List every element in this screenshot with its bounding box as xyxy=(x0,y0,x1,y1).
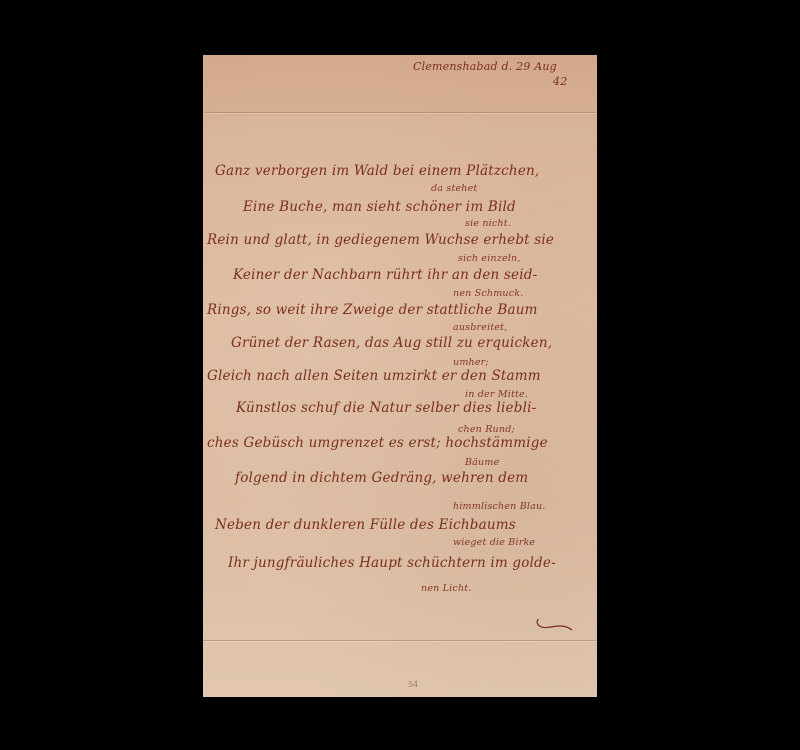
insert-11: wieget die Birke xyxy=(453,537,535,548)
insert-8: chen Rund; xyxy=(458,424,515,435)
line-4: Keiner der Nachbarn rührt ihr an den sei… xyxy=(233,267,537,283)
insert-9: Bäume xyxy=(465,457,499,468)
year: 42 xyxy=(553,75,567,88)
line-8: Künstlos schuf die Natur selber dies lie… xyxy=(236,400,536,416)
line-6: Grünet der Rasen, das Aug still zu erqui… xyxy=(231,335,552,351)
insert-1: da stehet xyxy=(431,183,477,194)
insert-2: sie nicht. xyxy=(465,218,511,229)
insert-5: ausbreitet, xyxy=(453,322,507,333)
insert-12: nen Licht. xyxy=(421,583,472,594)
page-number: 54 xyxy=(408,680,418,689)
insert-6: umher; xyxy=(453,357,489,368)
line-1: Ganz verborgen im Wald bei einem Plätzch… xyxy=(215,163,539,179)
fold-line-bottom xyxy=(203,640,597,641)
line-2: Eine Buche, man sieht schöner im Bild xyxy=(243,199,516,215)
insert-7: in der Mitte. xyxy=(465,389,528,400)
insert-4: nen Schmuck. xyxy=(453,288,523,299)
line-11: Neben der dunkleren Fülle des Eichbaums xyxy=(215,517,516,533)
fold-line-top xyxy=(203,112,597,113)
closing-flourish-icon xyxy=(535,617,575,633)
letter-paper: Clemenshabad d. 29 Aug 42 Ganz verborgen… xyxy=(203,55,597,697)
line-12: Ihr jungfräuliches Haupt schüchtern im g… xyxy=(228,555,556,571)
insert-10: himmlischen Blau. xyxy=(453,501,546,512)
place-date: Clemenshabad d. 29 Aug xyxy=(413,60,557,73)
line-9: ches Gebüsch umgrenzet es erst; hochstäm… xyxy=(207,435,548,451)
line-7: Gleich nach allen Seiten umzirkt er den … xyxy=(207,368,541,384)
insert-3: sich einzeln, xyxy=(458,253,521,264)
line-10: folgend in dichtem Gedräng, wehren dem xyxy=(235,470,528,486)
line-3: Rein und glatt, in gediegenem Wuchse erh… xyxy=(207,232,554,248)
line-5: Rings, so weit ihre Zweige der stattlich… xyxy=(207,302,538,318)
